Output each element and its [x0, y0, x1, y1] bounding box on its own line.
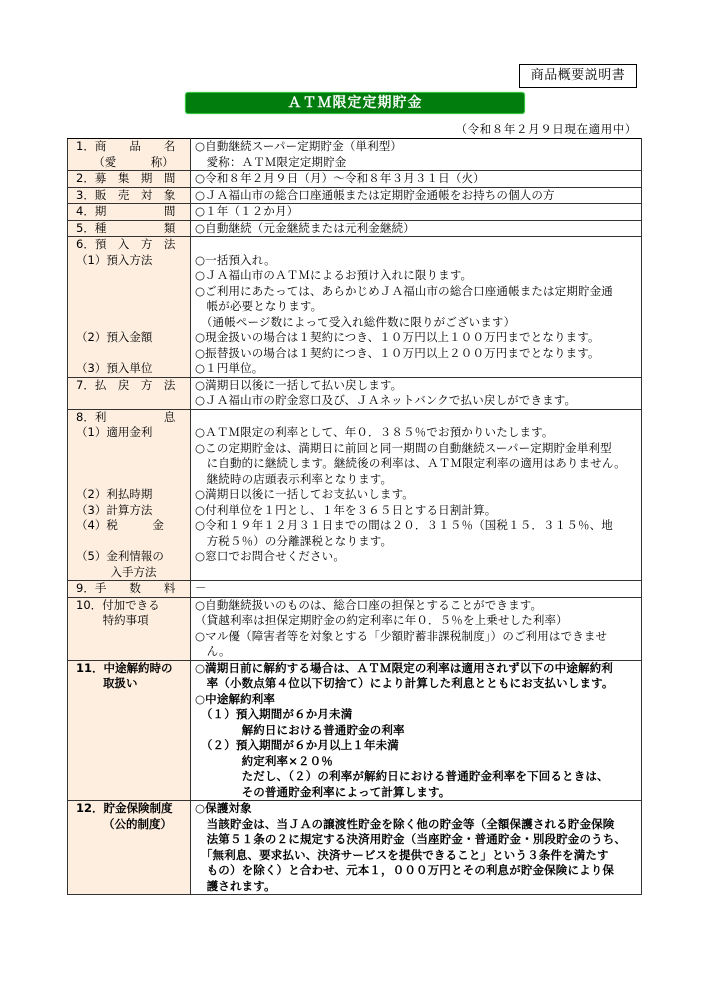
label-offer-period: 2．募 集 期 間	[68, 171, 191, 188]
label-special-provisions: 10．付加できる 特約事項	[68, 597, 191, 660]
content-interest: ○ＡＴＭ限定の利率として、年０．３８５％でお預かりいたします。 ○この定期貯金は…	[191, 409, 642, 581]
row-deposit-insurance: 12．貯金保険制度 （公的制度） ○保護対象 当該貯金は、当ＪＡの譲渡性貯金を除…	[68, 801, 642, 895]
content-early-cancellation: ○満期日前に解約する場合は、ＡＴＭ限定の利率は適用されず以下の中途解約利 率（小…	[191, 660, 642, 801]
label-deposit-method: 6．預 入 方 法 （1）預入方法 （2）預入金額 （3）預入単位	[68, 237, 191, 378]
row-fees: 9．手 数 料 －	[68, 581, 642, 598]
content-product-name: ○自動継続スーパー定期貯金（単利型） 愛称：ＡＴＭ限定定期貯金	[191, 139, 642, 171]
row-early-cancellation: 11．中途解約時の 取扱い ○満期日前に解約する場合は、ＡＴＭ限定の利率は適用さ…	[68, 660, 642, 801]
label-interest: 8．利 息 （1）適用金利 （2）利払時期 （3）計算方法 （4）税 金 （5）…	[68, 409, 191, 581]
label-early-cancellation: 11．中途解約時の 取扱い	[68, 660, 191, 801]
row-product-name: 1．商 品 名 （愛 称） ○自動継続スーパー定期貯金（単利型） 愛称：ＡＴＭ限…	[68, 139, 642, 171]
label-term: 4．期 間	[68, 204, 191, 221]
content-withdrawal-method: ○満期日以後に一括して払い戻します。 ○ＪＡ福山市の貯金窓口及び、ＪＡネットバン…	[191, 377, 642, 409]
label-target-customers: 3．販 売 対 象	[68, 187, 191, 204]
product-spec-table: 1．商 品 名 （愛 称） ○自動継続スーパー定期貯金（単利型） 愛称：ＡＴＭ限…	[67, 138, 642, 895]
row-interest: 8．利 息 （1）適用金利 （2）利払時期 （3）計算方法 （4）税 金 （5）…	[68, 409, 642, 581]
content-type: ○自動継続（元金継続または元利金継続）	[191, 220, 642, 237]
row-type: 5．種 類 ○自動継続（元金継続または元利金継続）	[68, 220, 642, 237]
content-deposit-insurance: ○保護対象 当該貯金は、当ＪＡの譲渡性貯金を除く他の貯金等（全額保護される貯金保…	[191, 801, 642, 895]
label-type: 5．種 類	[68, 220, 191, 237]
content-special-provisions: ○自動継続扱いのものは、総合口座の担保とすることができます。 （貸越利率は担保定…	[191, 597, 642, 660]
content-fees: －	[191, 581, 642, 598]
row-offer-period: 2．募 集 期 間 ○令和８年２月９日（月）～令和８年３月３１日（火）	[68, 171, 642, 188]
content-target-customers: ○ＪＡ福山市の総合口座通帳または定期貯金通帳をお持ちの個人の方	[191, 187, 642, 204]
label-product-name: 1．商 品 名 （愛 称）	[68, 139, 191, 171]
content-term: ○１年（１２か月）	[191, 204, 642, 221]
row-deposit-method: 6．預 入 方 法 （1）預入方法 （2）預入金額 （3）預入単位 ○一括預入れ…	[68, 237, 642, 378]
label-deposit-insurance: 12．貯金保険制度 （公的制度）	[68, 801, 191, 895]
document-type-label: 商品概要説明書	[519, 64, 637, 88]
product-title-banner: ＡＴＭ限定定期貯金	[185, 92, 525, 114]
row-withdrawal-method: 7．払 戻 方 法 ○満期日以後に一括して払い戻します。 ○ＪＡ福山市の貯金窓口…	[68, 377, 642, 409]
label-withdrawal-method: 7．払 戻 方 法	[68, 377, 191, 409]
row-special-provisions: 10．付加できる 特約事項 ○自動継続扱いのものは、総合口座の担保とすることがで…	[68, 597, 642, 660]
row-target-customers: 3．販 売 対 象 ○ＪＡ福山市の総合口座通帳または定期貯金通帳をお持ちの個人の…	[68, 187, 642, 204]
label-fees: 9．手 数 料	[68, 581, 191, 598]
content-deposit-method: ○一括預入れ。 ○ＪＡ福山市のＡＴＭによるお預け入れに限ります。 ○ご利用にあた…	[191, 237, 642, 378]
effective-date: （令和８年２月９日現在適用中）	[456, 121, 638, 137]
content-offer-period: ○令和８年２月９日（月）～令和８年３月３１日（火）	[191, 171, 642, 188]
row-term: 4．期 間 ○１年（１２か月）	[68, 204, 642, 221]
